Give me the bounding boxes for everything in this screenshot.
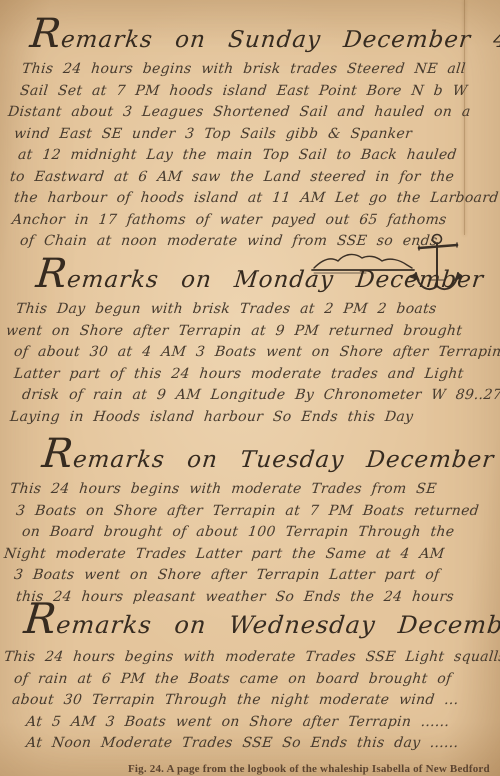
- entry-heading-text: Remarks on Sunday December 4: [28, 27, 500, 53]
- entry-body: This 24 hours begins with brisk trades S…: [0, 59, 500, 253]
- log-line: Distant about 3 Leagues Shortened Sail a…: [7, 102, 500, 124]
- log-line: 3 Boats went on Shore after Terrapin Lat…: [13, 565, 500, 587]
- log-line: the harbour of hoods island at 11 AM Let…: [13, 188, 500, 210]
- log-line: at 12 midnight Lay the main Top Sail to …: [17, 145, 500, 167]
- log-line: of about 30 at 4 AM 3 Boats went on Shor…: [13, 342, 500, 364]
- log-line: this 24 hours pleasant weather So Ends t…: [15, 587, 500, 609]
- log-line: At Noon Moderate Trades SSE So Ends this…: [25, 733, 500, 755]
- log-line: went on Shore after Terrapin at 9 PM ret…: [5, 321, 500, 343]
- log-line: on Board brought of about 100 Terrapin T…: [21, 522, 500, 544]
- entry-heading: Remarks on Sunday December 4: [28, 22, 500, 53]
- entry-heading-text: Remarks on Wednesday December 7: [22, 611, 500, 639]
- entry-body: This 24 hours begins with moderate Trade…: [0, 647, 500, 755]
- entry-body: This 24 hours begins with moderate Trade…: [0, 479, 500, 608]
- log-line: drisk of rain at 9 AM Longitude By Chron…: [21, 385, 500, 407]
- log-line: This 24 hours begins with moderate Trade…: [9, 479, 500, 501]
- entry-heading-text: Remarks on Tuesday December 6: [40, 447, 500, 473]
- log-line: wind East SE under 3 Top Sails gibb & Sp…: [13, 124, 500, 146]
- log-line: to Eastward at 6 AM saw the Land steered…: [9, 167, 500, 189]
- log-line: Latter part of this 24 hours moderate tr…: [13, 364, 500, 386]
- entry-heading: Remarks on Monday December 5: [34, 262, 500, 293]
- log-line: At 5 AM 3 Boats went on Shore after Terr…: [25, 712, 500, 734]
- entry-heading: Remarks on Wednesday December 71831: [22, 606, 500, 639]
- logbook-page: Remarks on Sunday December 4 This 24 hou…: [0, 0, 500, 776]
- entry-body: This Day begun with brisk Trades at 2 PM…: [0, 299, 500, 428]
- log-entry-sunday-dec-4: Remarks on Sunday December 4 This 24 hou…: [0, 22, 500, 253]
- log-entry-tuesday-dec-6: Remarks on Tuesday December 6 This 24 ho…: [0, 442, 500, 608]
- log-line: This 24 hours begins with moderate Trade…: [3, 647, 500, 669]
- log-line: of rain at 6 PM the Boats came on board …: [13, 669, 500, 691]
- log-entry-monday-dec-5: Remarks on Monday December 5 This Day be…: [0, 262, 500, 428]
- entry-heading: Remarks on Tuesday December 6: [40, 442, 500, 473]
- log-line: Sail Set at 7 PM hoods island East Point…: [19, 81, 500, 103]
- log-entry-wednesday-dec-7: Remarks on Wednesday December 71831 This…: [0, 606, 500, 755]
- log-line: This Day begun with brisk Trades at 2 PM…: [15, 299, 500, 321]
- figure-caption: Fig. 24. A page from the logbook of the …: [128, 763, 500, 775]
- log-line: Laying in Hoods island harbour So Ends t…: [9, 407, 500, 429]
- log-line: about 30 Terrapin Through the night mode…: [11, 690, 500, 712]
- log-line: 3 Boats on Shore after Terrapin at 7 PM …: [15, 501, 500, 523]
- log-line: Anchor in 17 fathoms of water payed out …: [11, 210, 500, 232]
- log-line: Night moderate Trades Latter part the Sa…: [3, 544, 500, 566]
- log-line: This 24 hours begins with brisk trades S…: [21, 59, 500, 81]
- entry-heading-text: Remarks on Monday December 5: [34, 267, 500, 293]
